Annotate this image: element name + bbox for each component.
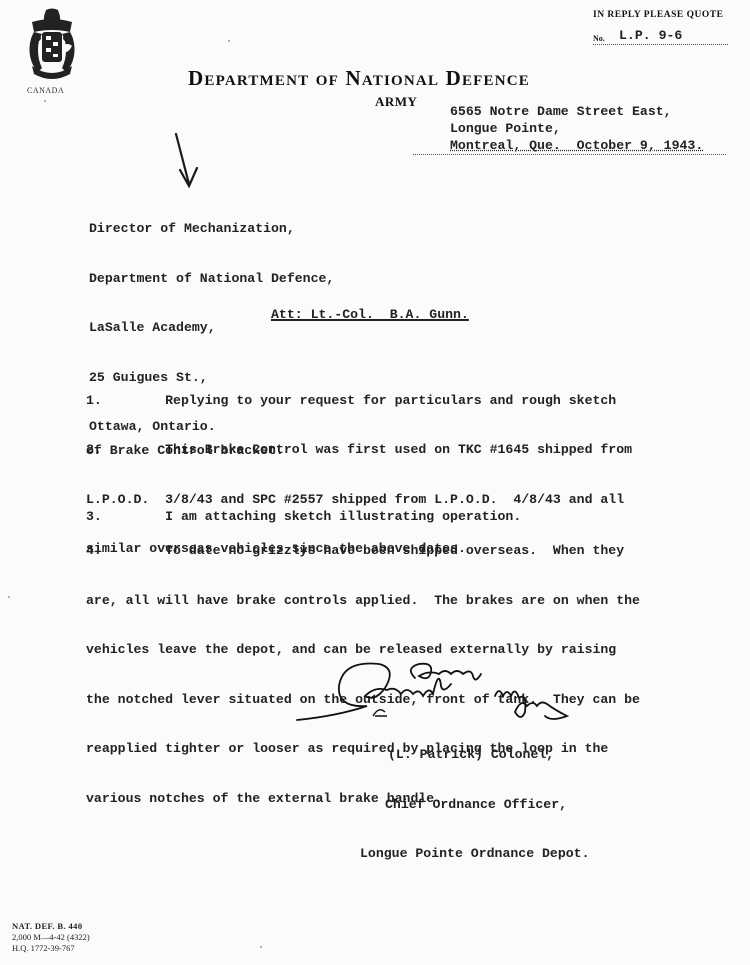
scan-speck xyxy=(8,596,10,598)
reference-number: L.P. 9-6 xyxy=(619,28,682,45)
hq-reference: H.Q. 1772-39-767 xyxy=(12,943,90,954)
reply-notice: IN REPLY PLEASE QUOTE xyxy=(593,10,723,20)
crest-label: CANADA xyxy=(27,86,64,95)
address-line-2: Longue Pointe, xyxy=(450,121,672,138)
paragraph-line: 2. This Brake Control was first used on … xyxy=(86,442,686,459)
paragraph-line: 4. To date no grizzlys have been shipped… xyxy=(86,543,686,560)
sender-address: 6565 Notre Dame Street East,Longue Point… xyxy=(450,104,672,137)
royal-coat-of-arms-icon xyxy=(24,8,80,86)
city-date-field: Montreal, Que. October 9, 1943. xyxy=(413,138,726,155)
hand-drawn-arrow-icon xyxy=(172,132,202,190)
form-footer: NAT. DEF. B. 440 2,000 M—4-42 (4322) H.Q… xyxy=(12,921,90,954)
signatory-unit: Longue Pointe Ordnance Depot. xyxy=(360,846,590,863)
signatory-name: (L. Patrick) Colonel, xyxy=(388,747,590,764)
scan-speck xyxy=(228,40,230,42)
reference-label: No. xyxy=(593,34,605,43)
reference-number-field: No. L.P. 9-6 xyxy=(593,28,728,45)
branch-label: ARMY xyxy=(375,94,417,110)
print-run: 2,000 M—4-42 (4322) xyxy=(12,932,90,943)
city-date: Montreal, Que. October 9, 1943. xyxy=(450,138,703,155)
attention-line: Att: Lt.-Col. B.A. Gunn. xyxy=(271,307,469,324)
signature-block: (L. Patrick) Colonel, Chief Ordnance Off… xyxy=(360,714,590,879)
paragraph-line: 1. Replying to your request for particul… xyxy=(86,393,686,410)
address-line-1: 6565 Notre Dame Street East, xyxy=(450,104,672,121)
scan-speck xyxy=(260,946,262,948)
paragraph-line: are, all will have brake controls applie… xyxy=(86,593,686,610)
recipient-line: Department of National Defence, xyxy=(89,271,334,288)
recipient-line: Director of Mechanization, xyxy=(89,221,334,238)
scan-speck xyxy=(44,100,46,102)
department-title: Department of National Defence xyxy=(188,66,530,91)
signatory-title: Chief Ordnance Officer, xyxy=(385,797,590,814)
form-id: NAT. DEF. B. 440 xyxy=(12,921,90,932)
